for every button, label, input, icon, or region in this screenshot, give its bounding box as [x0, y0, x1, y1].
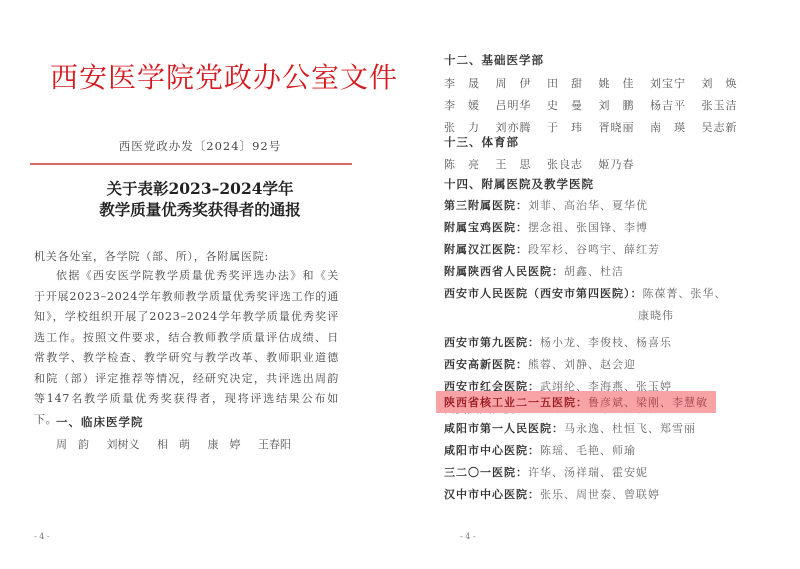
hospital-name: 咸阳市中心医院：: [444, 444, 540, 457]
awardee-name: 相 萌: [157, 438, 190, 451]
notice-title: 关于表彰2023–2024学年 教学质量优秀奖获得者的通报: [0, 178, 400, 220]
awardee-list: 熊蓉、刘静、赵会迎: [528, 358, 636, 371]
awardee-name: 史 曼: [547, 97, 583, 113]
awardee-name: 刘亦腾: [496, 119, 532, 135]
hospital-entry: 附属汉江医院：段军杉、谷鸣宇、薛红芳: [444, 241, 660, 257]
hospital-name: 附属宝鸡医院：: [444, 221, 528, 234]
awardee-list: 马永逸、杜恒飞、郑雪丽: [564, 422, 696, 435]
hospital-name: 三二〇一医院：: [444, 466, 528, 479]
hospital-name: 附属陕西省人民医院：: [444, 265, 564, 278]
awardee-list: 摆念祖、张国锋、李博: [528, 221, 648, 234]
hospital-entry: 汉中市中心医院：张乐、周世泰、曾联婷: [444, 486, 660, 502]
awardee-name: 刘树义: [107, 438, 140, 451]
awardee-list: 段军杉、谷鸣宇、薛红芳: [528, 243, 660, 256]
page-number: - 4 -: [460, 532, 476, 541]
section-heading-hospitals: 十四、附属医院及教学医院: [444, 176, 594, 192]
awardee-list-continuation: 康晓伟: [638, 307, 674, 323]
hospital-name: 西安高新医院：: [444, 358, 528, 371]
awardee-name: 姚 佳: [599, 75, 635, 91]
names-row-clinical: 周 韵 刘树义 相 萌 康 婷 王春阳: [56, 436, 305, 452]
awardee-name: 刘 焕: [702, 75, 738, 91]
awardee-name: 周 伊: [496, 75, 532, 91]
awardee-name: 杨吉平: [650, 97, 686, 113]
hospital-entry: 第三附属医院：刘菲、高治华、夏华优: [444, 197, 648, 213]
awardee-name: 刘宝宁: [650, 75, 686, 91]
red-divider-rule: [30, 163, 352, 165]
awardee-name: 王春阳: [258, 438, 291, 451]
awardee-name: 张玉洁: [702, 97, 738, 113]
hospital-entry: 咸阳市第一人民医院：马永逸、杜恒飞、郑雪丽: [444, 420, 696, 436]
hospital-name: 汉中市中心医院：: [444, 488, 540, 501]
awardee-name: 吕明华: [496, 97, 532, 113]
page-number: - 4 -: [34, 532, 50, 541]
hospital-entry: 三二〇一医院：许华、汤祥瑞、霍安妮: [444, 464, 648, 480]
hospital-entry: 咸阳市中心医院：陈瑶、毛艳、师瑜: [444, 442, 636, 458]
document-page-right: 十二、基础医学部 李 晟 周 伊 田 甜 姚 佳 刘宝宁 刘 焕 李 媛 吕明华…: [400, 0, 800, 569]
hospital-entry: 西安高新医院：熊蓉、刘静、赵会迎: [444, 356, 636, 372]
names-row: 李 媛 吕明华 史 曼 刘 鹏 杨吉平 张玉洁: [444, 97, 749, 113]
notice-title-line-1: 关于表彰2023–2024学年: [0, 178, 400, 199]
body-paragraph: 依据《西安医学院教学质量优秀奖评选办法》和《关于开展2023–2024学年教师教…: [34, 266, 339, 430]
hospital-name: 西安市第九医院：: [444, 336, 540, 349]
hospital-name: 第三附属医院：: [444, 199, 528, 212]
awardee-name: 胥晓丽: [599, 119, 635, 135]
awardee-list: 杨小龙、李俊枝、杨喜乐: [540, 336, 672, 349]
salutation: 机关各处室，各学院（部、所），各附属医院:: [34, 247, 339, 268]
section-heading-pe: 十三、体育部: [444, 134, 519, 150]
hospital-name: 附属汉江医院：: [444, 243, 528, 256]
awardee-list: 鲁彦斌、梁刚、李慧敏: [588, 396, 708, 409]
awardee-list: 许华、汤祥瑞、霍安妮: [528, 466, 648, 479]
awardee-name: 王 思: [496, 156, 532, 172]
awardee-name: 南 瑛: [650, 119, 686, 135]
awardee-name: 吴志新: [702, 119, 738, 135]
awardee-name: 张 力: [444, 119, 480, 135]
names-row: 陈 亮 王 思 张良志 姬乃春: [444, 156, 646, 172]
awardee-list: 陈葆菁、张华、: [643, 287, 727, 300]
awardee-list: 陈瑶、毛艳、师瑜: [540, 444, 636, 457]
awardee-name: 田 甜: [547, 75, 583, 91]
notice-title-line-2: 教学质量优秀奖获得者的通报: [0, 199, 400, 220]
hospital-entry: 西安市人民医院（西安市第四医院）：陈葆菁、张华、: [444, 285, 727, 301]
hospital-name: 咸阳市第一人民医院：: [444, 422, 564, 435]
awardee-name: 周 韵: [56, 438, 89, 451]
document-header-title: 西安医学院党政办公室文件: [50, 56, 398, 96]
hospital-entry: 附属宝鸡医院：摆念祖、张国锋、李博: [444, 219, 648, 235]
awardee-name: 李 晟: [444, 75, 480, 91]
names-row: 李 晟 周 伊 田 甜 姚 佳 刘宝宁 刘 焕: [444, 75, 749, 91]
names-row: 张 力 刘亦腾 于 玮 胥晓丽 南 瑛 吴志新: [444, 119, 749, 135]
document-number: 西医党政办发〔2024〕92号: [0, 138, 400, 154]
hospital-name: 西安市人民医院（西安市第四医院）：: [444, 287, 643, 300]
awardee-list: 张乐、周世泰、曾联婷: [540, 488, 660, 501]
section-heading-basic-medicine: 十二、基础医学部: [444, 52, 544, 68]
awardee-name: 张良志: [547, 156, 583, 172]
document-page-left: 西安医学院党政办公室文件 西医党政办发〔2024〕92号 关于表彰2023–20…: [0, 0, 400, 569]
hospital-entry: 附属陕西省人民医院：胡鑫、杜洁: [444, 263, 624, 279]
section-heading-clinical: 一、临床医学院: [56, 414, 144, 430]
awardee-name: 于 玮: [547, 119, 583, 135]
awardee-name: 刘 鹏: [599, 97, 635, 113]
hospital-name: 陕西省核工业二一五医院：: [444, 396, 588, 409]
hospital-entry-highlighted: 陕西省核工业二一五医院：鲁彦斌、梁刚、李慧敏: [436, 391, 716, 413]
hospital-entry: 西安市第九医院：杨小龙、李俊枝、杨喜乐: [444, 334, 672, 350]
awardee-name: 陈 亮: [444, 156, 480, 172]
awardee-list: 胡鑫、杜洁: [564, 265, 624, 278]
awardee-name: 李 媛: [444, 97, 480, 113]
awardee-name: 姬乃春: [599, 156, 635, 172]
awardee-name: 康 婷: [208, 438, 241, 451]
awardee-list: 刘菲、高治华、夏华优: [528, 199, 648, 212]
